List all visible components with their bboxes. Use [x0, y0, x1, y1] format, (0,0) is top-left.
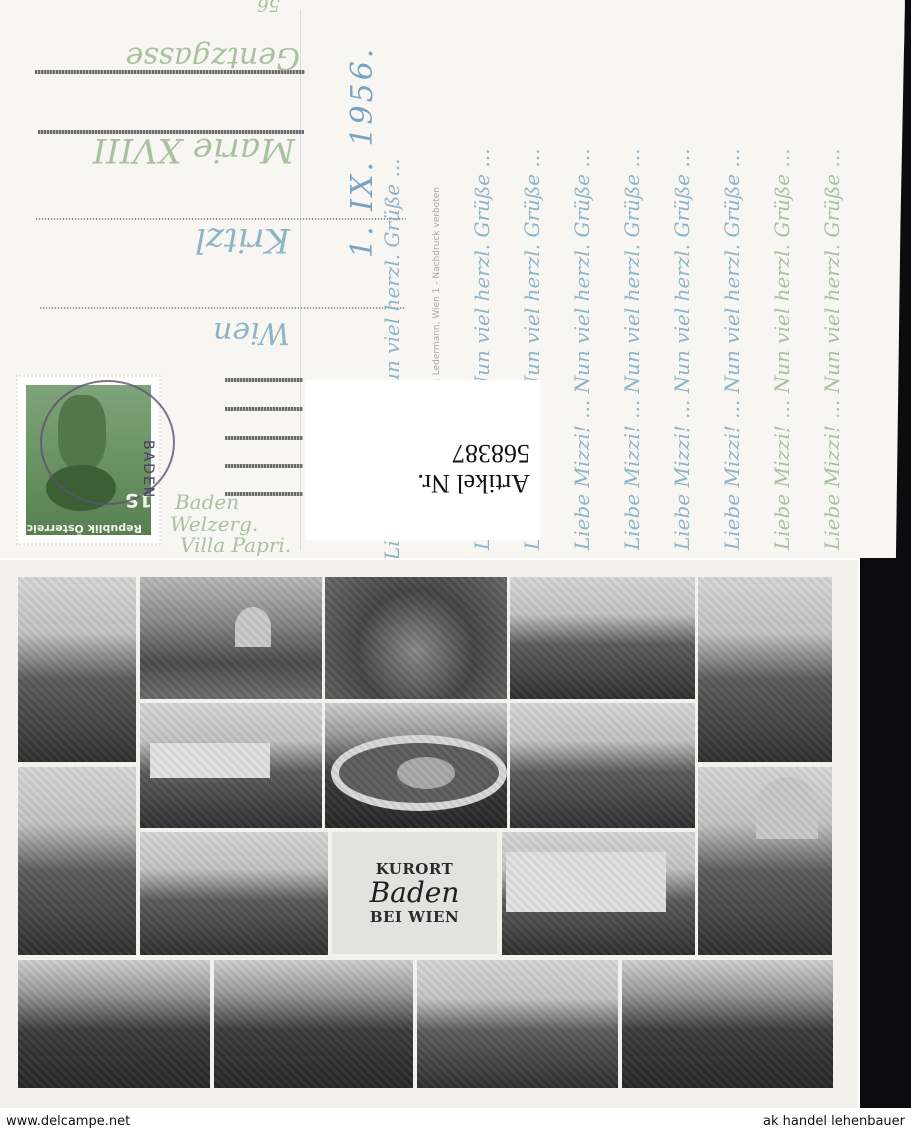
- photo-modern-bath-building: [502, 832, 695, 955]
- photo-trinity-column-square: [510, 577, 695, 699]
- footer-seller-name: ak handel lehenbauer: [763, 1114, 905, 1129]
- photo-town-aerial: [325, 577, 507, 699]
- photo-theatre-fountain: [698, 577, 832, 762]
- message-line-6: Liebe Mizzi! ... Nun viel herzl. Grüße .…: [670, 148, 694, 550]
- photo-castle-ruin-forest: [214, 960, 413, 1088]
- town-title-card: KURORT Baden BEI WIEN: [332, 832, 497, 954]
- postmark-place: BADEN: [140, 440, 156, 499]
- message-line-4: Liebe Mizzi! ... Nun viel herzl. Grüße .…: [570, 148, 594, 550]
- message-line-9: Liebe Mizzi! ... Nun viel herzl. Grüße .…: [820, 148, 844, 550]
- handwritten-date: 1. IX. 1956.: [345, 46, 380, 258]
- photo-monument-flowerbed: [18, 767, 136, 955]
- photo-kurpark-pavilion: [140, 577, 322, 699]
- postcard-front: KURORT Baden BEI WIEN: [0, 560, 858, 1108]
- postcard-back: 56 Gentzgasse Marie XVIII Kritzl Wien Ba…: [0, 0, 905, 558]
- photo-spa-buildings: [510, 703, 695, 828]
- clock-hands-icon: [397, 757, 455, 789]
- flower-clock-icon: [331, 735, 507, 811]
- corner-number: 56: [257, 0, 280, 15]
- footer-site-link[interactable]: www.delcampe.net: [6, 1114, 130, 1129]
- address-handwriting-2: Marie XVIII: [93, 130, 295, 170]
- address-line-4: [40, 307, 405, 309]
- title-baden: Baden: [370, 878, 460, 908]
- article-number-label: Artikel Nr. 568387: [417, 438, 530, 498]
- sender-line-3: Villa Papri.: [180, 533, 291, 557]
- address-line-7: [225, 436, 303, 440]
- bath-building-icon: [506, 852, 666, 912]
- pavilion-dome-icon: [235, 607, 271, 647]
- address-handwriting-1: Gentzgasse: [125, 40, 300, 75]
- article-label-text: Artikel Nr.: [417, 468, 530, 498]
- address-line-6: [225, 407, 303, 411]
- stamp-country: Republik Österreich: [26, 522, 142, 535]
- photo-hillside-sanatorium: [622, 960, 833, 1088]
- message-line-8: Liebe Mizzi! ... Nun viel herzl. Grüße .…: [770, 148, 794, 550]
- address-handwriting-3: Kritzl: [195, 220, 290, 260]
- watermark-footer: www.delcampe.net ak handel lehenbauer: [0, 1111, 911, 1131]
- title-bei-wien: BEI WIEN: [370, 908, 459, 926]
- publisher-imprint: P. Ledermann, Wien 1 - Nachdruck verbote…: [432, 187, 442, 385]
- photo-park-esplanade: [140, 832, 328, 955]
- address-line-5: [225, 378, 303, 382]
- rotunda-icon: [756, 777, 818, 839]
- photo-park-rotunda: [698, 767, 832, 955]
- photo-kurhaus-hillside: [140, 703, 322, 828]
- address-handwriting-4: Wien: [213, 315, 290, 350]
- address-line-8: [225, 464, 303, 468]
- article-number: 568387: [417, 438, 530, 468]
- photo-castle-tower-clouds: [417, 960, 618, 1088]
- kurhaus-building-icon: [150, 743, 270, 778]
- message-line-7: Liebe Mizzi! ... Nun viel herzl. Grüße .…: [720, 148, 744, 550]
- photo-valley-view: [18, 960, 210, 1088]
- photo-flower-clock: [325, 703, 507, 828]
- message-line-5: Liebe Mizzi! ... Nun viel herzl. Grüße .…: [620, 148, 644, 550]
- sender-line-1: Baden: [175, 490, 239, 514]
- center-divider: [300, 10, 301, 550]
- photo-fountain-statue: [18, 577, 136, 762]
